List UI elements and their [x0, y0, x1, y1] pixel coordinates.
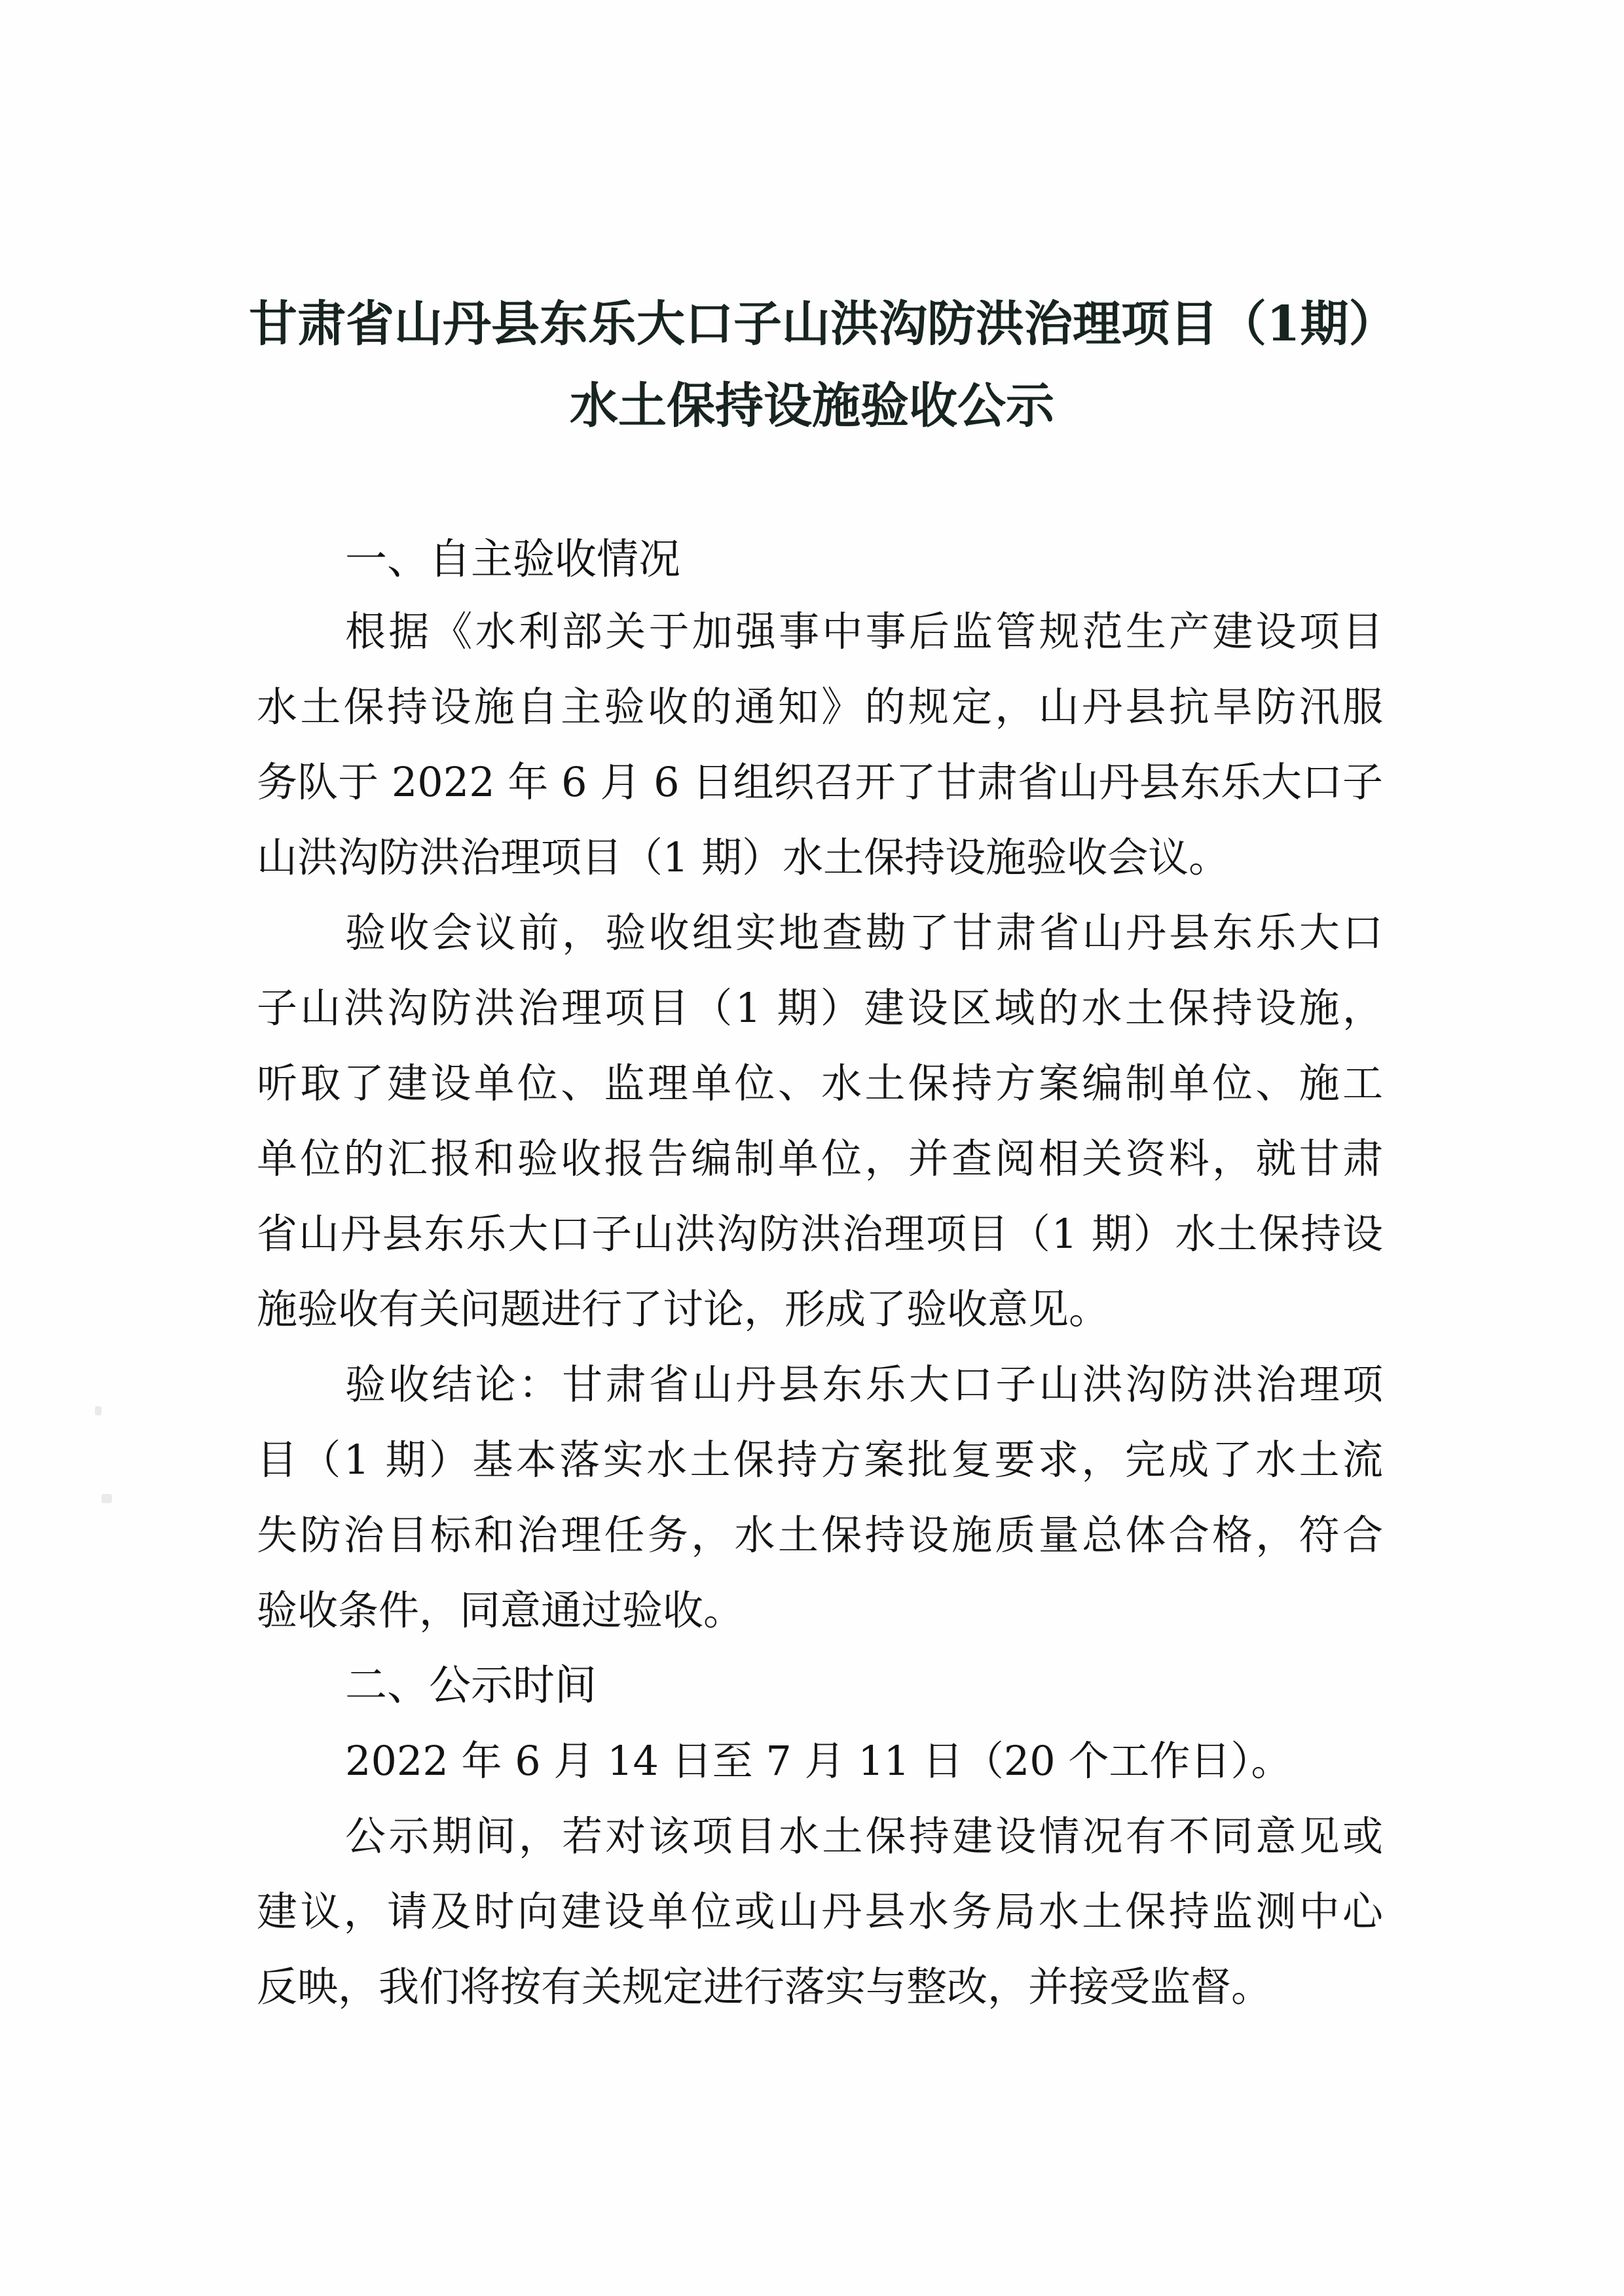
- paragraph2-line: 子山洪沟防洪治理项目（1 期）建设区域的水土保持设施，: [257, 982, 1383, 1034]
- publicity-date-line: 2022 年 6 月 14 日至 7 月 11 日（20 个工作日）。: [345, 1735, 1383, 1787]
- paragraph2-line: 听取了建设单位、监理单位、水土保持方案编制单位、施工: [257, 1057, 1383, 1110]
- document-title-line2: 水土保持设施验收公示: [249, 376, 1375, 435]
- section-heading-self-acceptance: 一、自主验收情况: [345, 534, 680, 586]
- paragraph1-line: 水土保持设施自主验收的通知》的规定，山丹县抗旱防汛服: [257, 681, 1383, 733]
- paragraph3-line: 验收结论：甘肃省山丹县东乐大口子山洪沟防洪治理项: [345, 1358, 1383, 1411]
- document-page: 甘肃省山丹县东乐大口子山洪沟防洪治理项目（1期） 水土保持设施验收公示 一、自主…: [0, 0, 1624, 2296]
- scan-artifact: [101, 1494, 112, 1503]
- paragraph1-line: 务队于 2022 年 6 月 6 日组织召开了甘肃省山丹县东乐大口子: [257, 756, 1383, 809]
- paragraph2-line: 单位的汇报和验收报告编制单位，并查阅相关资料，就甘肃: [257, 1133, 1383, 1185]
- feedback-paragraph-line: 建议，请及时向建设单位或山丹县水务局水土保持监测中心: [257, 1886, 1383, 1938]
- paragraph3-line: 失防治目标和治理任务，水土保持设施质量总体合格，符合: [257, 1509, 1383, 1561]
- paragraph1-line: 山洪沟防洪治理项目（1 期）水土保持设施验收会议。: [257, 831, 1383, 884]
- scan-artifact: [95, 1406, 101, 1415]
- section-heading-publicity-period: 二、公示时间: [345, 1660, 597, 1712]
- paragraph1-line: 根据《水利部关于加强事中事后监管规范生产建设项目: [345, 606, 1383, 658]
- paragraph2-line: 验收会议前，验收组实地查勘了甘肃省山丹县东乐大口: [345, 907, 1383, 959]
- paragraph3-line: 目（1 期）基本落实水土保持方案批复要求，完成了水土流: [257, 1434, 1383, 1486]
- document-title-line1: 甘肃省山丹县东乐大口子山洪沟防洪治理项目（1期）: [249, 295, 1375, 354]
- feedback-paragraph-line: 反映，我们将按有关规定进行落实与整改，并接受监督。: [257, 1961, 1383, 2013]
- feedback-paragraph-line: 公示期间，若对该项目水土保持建设情况有不同意见或: [345, 1810, 1383, 1863]
- paragraph3-line: 验收条件，同意通过验收。: [257, 1584, 1383, 1637]
- paragraph2-line: 施验收有关问题进行了讨论，形成了验收意见。: [257, 1283, 1383, 1336]
- paragraph2-line: 省山丹县东乐大口子山洪沟防洪治理项目（1 期）水土保持设: [257, 1208, 1383, 1260]
